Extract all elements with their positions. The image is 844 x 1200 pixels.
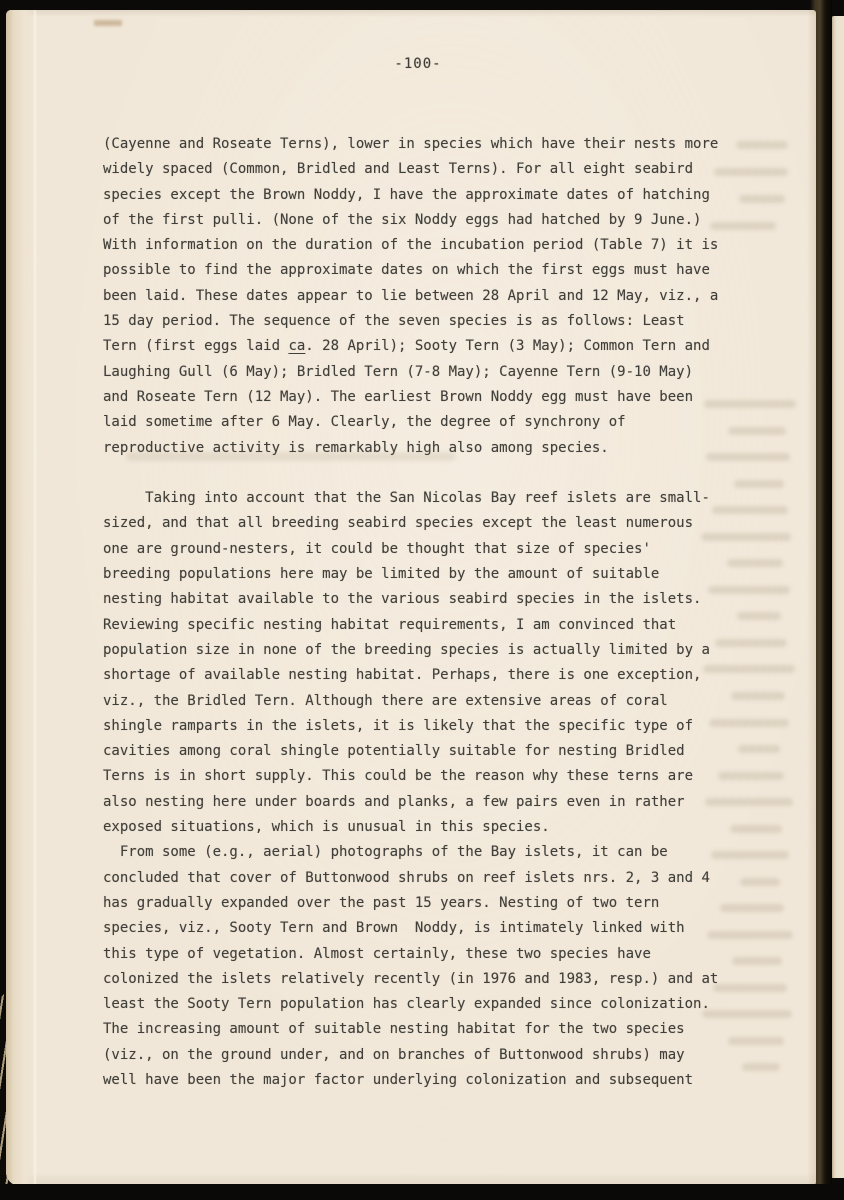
book-scan: { "document": { "page_number": "-100-", … xyxy=(0,0,844,1200)
text-line: of the first pulli. (None of the six Nod… xyxy=(103,208,763,233)
text-line: Taking into account that the San Nicolas… xyxy=(103,486,763,511)
text-line: has gradually expanded over the past 15 … xyxy=(103,891,763,916)
text-line: Reviewing specific nesting habitat requi… xyxy=(103,613,763,638)
body-text: (Cayenne and Roseate Terns), lower in sp… xyxy=(103,132,763,1093)
text-line: concluded that cover of Buttonwood shrub… xyxy=(103,866,763,891)
text-line: The increasing amount of suitable nestin… xyxy=(103,1017,763,1042)
text-line: one are ground-nesters, it could be thou… xyxy=(103,537,763,562)
text-line: cavities among coral shingle potentially… xyxy=(103,739,763,764)
page-number: -100- xyxy=(103,56,733,72)
text-line: 15 day period. The sequence of the seven… xyxy=(103,309,763,334)
text-line: With information on the duration of the … xyxy=(103,233,763,258)
next-page-edge xyxy=(831,16,844,1178)
text-line: Tern (first eggs laid ca. 28 April); Soo… xyxy=(103,334,763,359)
text-line: reproductive activity is remarkably high… xyxy=(103,436,763,461)
document-page: -100- (Cayenne and Roseate Terns), lower… xyxy=(6,10,816,1186)
text-line: shingle ramparts in the islets, it is li… xyxy=(103,714,763,739)
text-line: nesting habitat available to the various… xyxy=(103,587,763,612)
text-line: been laid. These dates appear to lie bet… xyxy=(103,284,763,309)
bottom-shadow-band xyxy=(0,1184,844,1200)
text-line: sized, and that all breeding seabird spe… xyxy=(103,511,763,536)
text-line: least the Sooty Tern population has clea… xyxy=(103,992,763,1017)
text-line: species except the Brown Noddy, I have t… xyxy=(103,183,763,208)
text-line xyxy=(103,461,763,486)
text-line: well have been the major factor underlyi… xyxy=(103,1068,763,1093)
text-line: From some (e.g., aerial) photographs of … xyxy=(103,840,763,865)
paper-smudge xyxy=(94,20,122,26)
text-line: this type of vegetation. Almost certainl… xyxy=(103,942,763,967)
text-line: exposed situations, which is unusual in … xyxy=(103,815,763,840)
photo-scene: -100- (Cayenne and Roseate Terns), lower… xyxy=(0,0,844,1200)
text-line: (Cayenne and Roseate Terns), lower in sp… xyxy=(103,132,763,157)
text-line: and Roseate Tern (12 May). The earliest … xyxy=(103,385,763,410)
text-line: laid sometime after 6 May. Clearly, the … xyxy=(103,410,763,435)
text-line: Terns is in short supply. This could be … xyxy=(103,764,763,789)
text-line: (viz., on the ground under, and on branc… xyxy=(103,1043,763,1068)
text-line: viz., the Bridled Tern. Although there a… xyxy=(103,689,763,714)
text-line: Laughing Gull (6 May); Bridled Tern (7-8… xyxy=(103,360,763,385)
text-line: breeding populations here may be limited… xyxy=(103,562,763,587)
text-line: shortage of available nesting habitat. P… xyxy=(103,663,763,688)
text-line: species, viz., Sooty Tern and Brown Nodd… xyxy=(103,916,763,941)
text-line: also nesting here under boards and plank… xyxy=(103,790,763,815)
text-line: widely spaced (Common, Bridled and Least… xyxy=(103,157,763,182)
text-line: population size in none of the breeding … xyxy=(103,638,763,663)
text-line: colonized the islets relatively recently… xyxy=(103,967,763,992)
text-line: possible to find the approximate dates o… xyxy=(103,258,763,283)
